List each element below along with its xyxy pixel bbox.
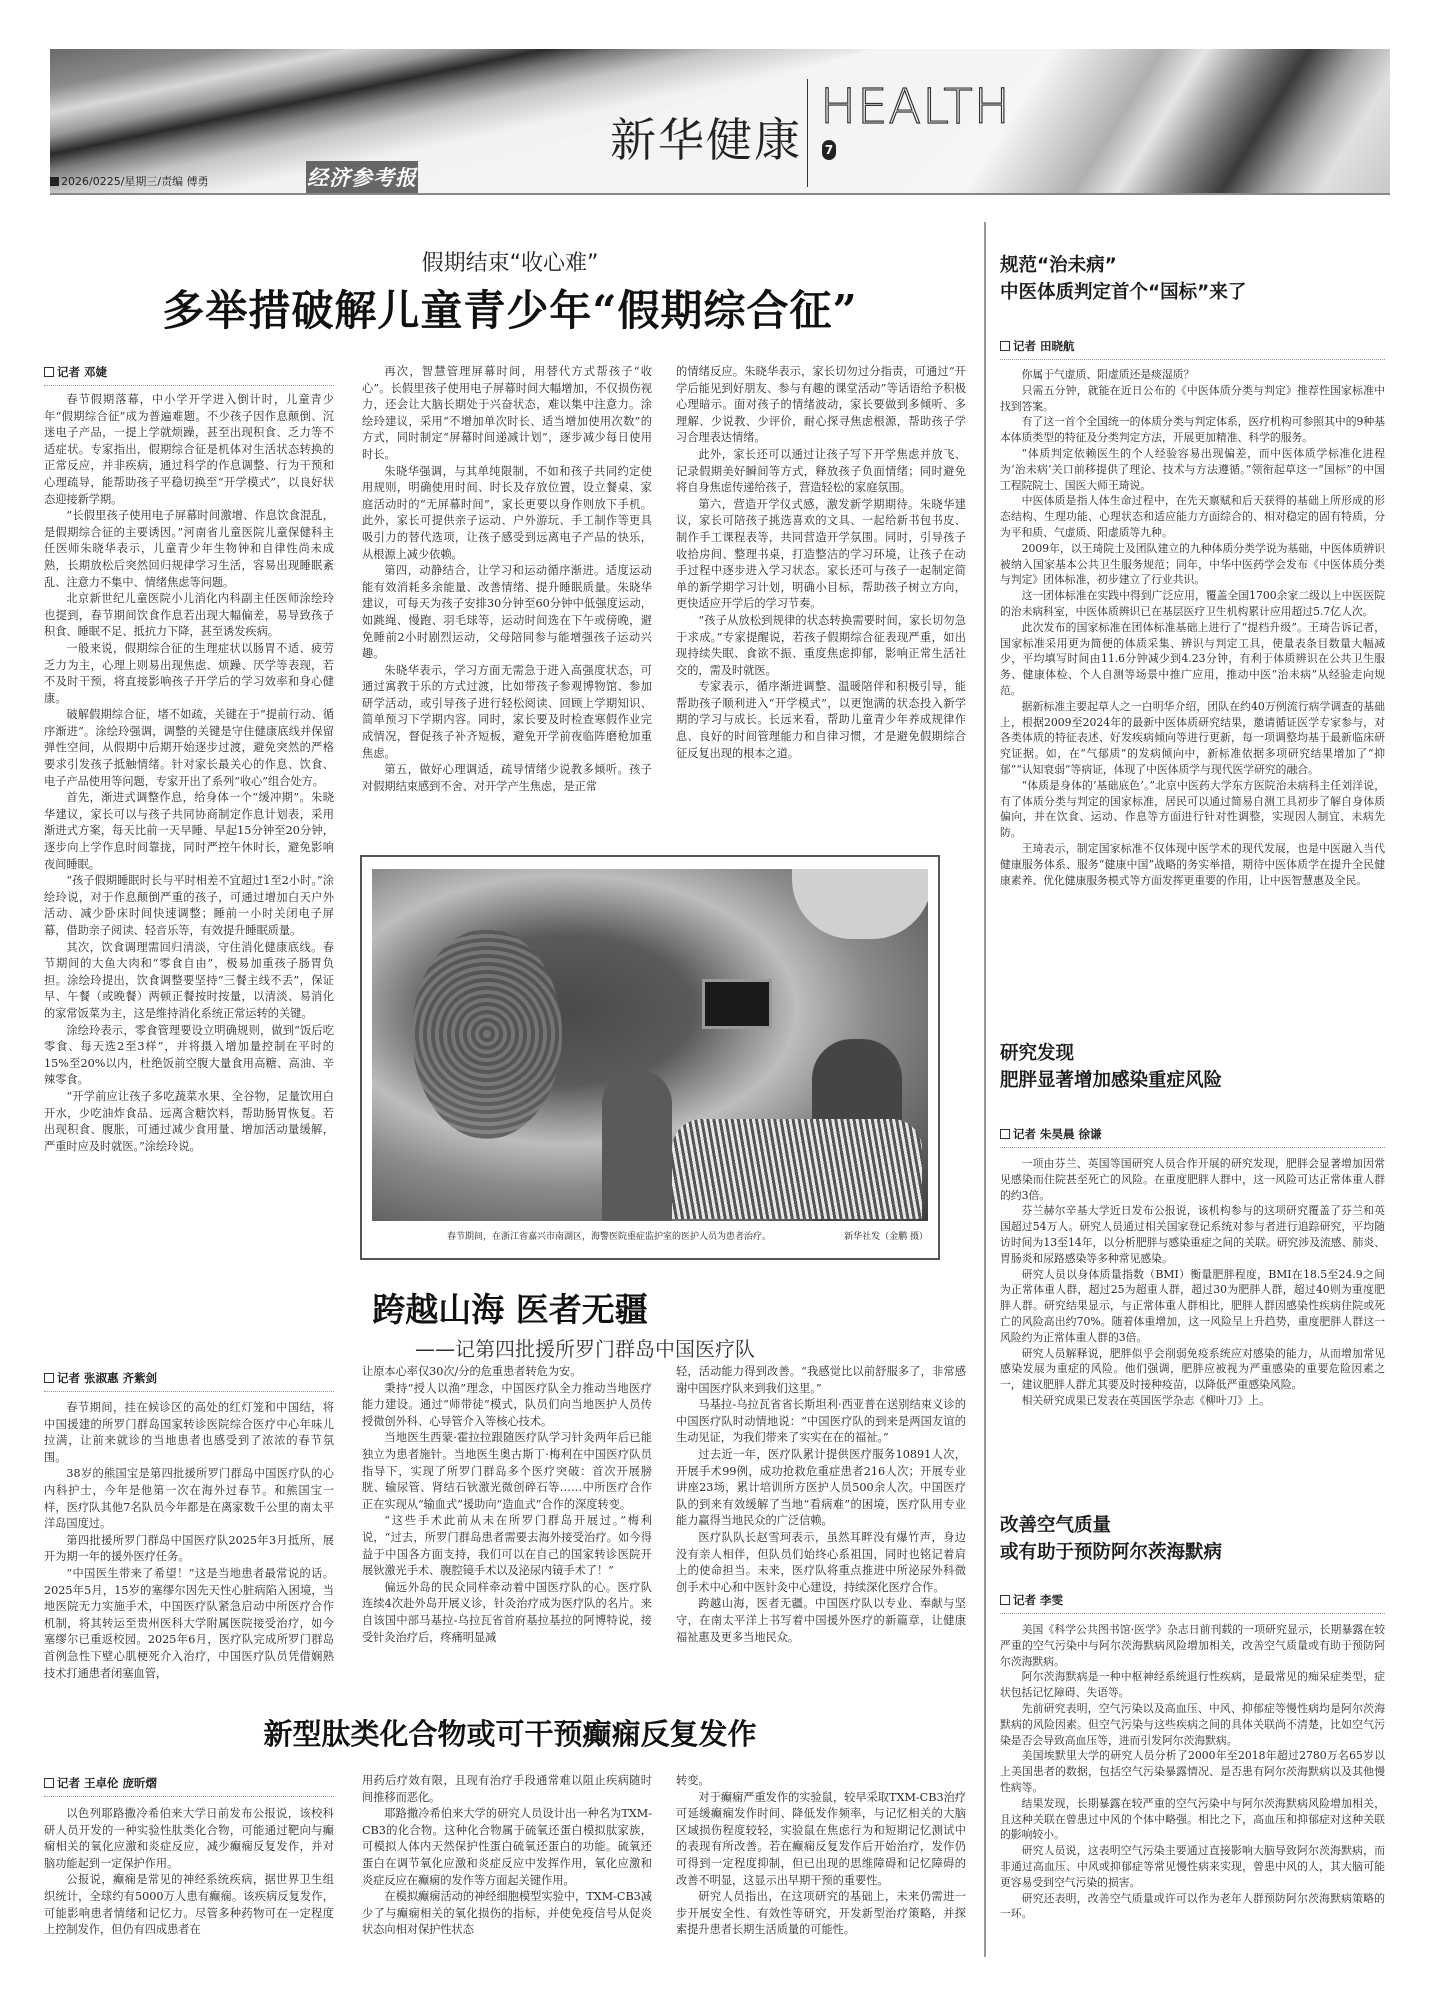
byline-text: 记者 张淑惠 齐紫剑: [57, 1371, 157, 1385]
paragraph: 以色列耶路撒冷希伯来大学日前发布公报说，该校科研人员开发的一种实验性肽类化合物，…: [44, 1806, 334, 1872]
paragraph: 先前研究表明，空气污染以及高血压、中风、抑郁症等慢性病均是阿尔茨海默病的风险因素…: [1000, 1701, 1385, 1748]
paragraph: 轻，活动能力得到改善。“我感觉比以前舒服多了，非常感谢中国医疗队来到我们这里。”: [676, 1364, 966, 1397]
paragraph: 据新标准主要起草人之一白明华介绍，团队在约40万例流行病学调查的基础上，根据20…: [1000, 699, 1385, 778]
surgical-lamp: [792, 869, 928, 939]
paragraph: 涂绘玲表示，零食管理要设立明确规则，做到“饭后吃零食、每天选2至3样”，并将摄入…: [44, 1023, 334, 1089]
paragraph: “这些手术此前从未在所罗门群岛开展过。”梅利说，“过去，所罗门群岛患者需要去海外…: [362, 1513, 652, 1579]
tcm-byline: 记者 田晓航: [1000, 338, 1385, 360]
obesity-title: 研究发现 肥胖显著增加感染重症风险: [1000, 1040, 1222, 1094]
paragraph: 让原本心率仅30次/分的危重患者转危为安。: [362, 1364, 652, 1381]
alzheimer-byline: 记者 李雯: [1000, 1592, 1385, 1614]
paragraph: 转变。: [676, 1773, 966, 1790]
paragraph: 你属于气虚质、阳虚质还是痰湿质？: [1000, 367, 1385, 383]
paragraph: 秉持“授人以渔”理念，中国医疗队全力推动当地医疗能力建设。通过“师带徒”模式，队…: [362, 1381, 652, 1431]
paragraph: 研究人员解释说，肥胖似乎会削弱免疫系统应对感染的能力，从而增加常见感染发展为重症…: [1000, 1346, 1385, 1393]
newspaper-masthead-logo: 经济参考报: [306, 161, 418, 195]
byline-box-icon: [1000, 1595, 1010, 1605]
title-line: 肥胖显著增加感染重症风险: [1000, 1067, 1222, 1094]
page-number: 7: [822, 140, 836, 160]
paragraph: 相关研究成果已发表在英国医学杂志《柳叶刀》上。: [1000, 1393, 1385, 1409]
paragraph: 王琦表示，制定国家标准不仅体现中医学术的现代发展，也是中医融入当代健康服务体系、…: [1000, 841, 1385, 888]
obesity-body: 一项由芬兰、英国等国研究人员合作开展的研究发现，肥胖会显著增加因常见感染而住院甚…: [1000, 1156, 1385, 1409]
news-photo-frame: 春节期间，在浙江省嘉兴市南湖区，海警医院重症监护室的医护人员为患者治疗。 新华社…: [360, 855, 940, 1260]
section-title-en: HEALTH: [820, 79, 1011, 135]
paragraph: 只需五分钟，就能在近日公布的《中医体质分类与判定》推荐性国家标准中找到答案。: [1000, 383, 1385, 415]
epilepsy-byline: 记者 王卓伦 庞昕熠: [44, 1775, 334, 1797]
paragraph: 春节假期落幕，中小学开学进入倒计时，儿童青少年“假期综合征”成为普遍难题。不少孩…: [44, 392, 334, 508]
paragraph: 对于癫痫严重发作的实验鼠，较早采取TXM-CB3治疗可延缓癫痫发作时间、降低发作…: [676, 1790, 966, 1890]
lead-headline: 多举措破解儿童青少年“假期综合征”: [40, 278, 980, 338]
paragraph: 结果发现，长期暴露在较严重的空气污染中与阿尔茨海默病风险增加相关，且这种关联在曾…: [1000, 1796, 1385, 1843]
medical-team-column-1: 春节期间，挂在候诊区的高处的红灯笼和中国结，将中国援建的所罗门群岛国家转诊医院综…: [44, 1400, 334, 1682]
medical-staff-figure: [602, 1069, 672, 1221]
paragraph: 第四，动静结合，让学习和运动循序渐进。适度运动能有效消耗多余能量、改善情绪、提升…: [362, 563, 652, 663]
paragraph: 第四批援所罗门群岛中国医疗队2025年3月抵所，展开为期一年的援外医疗任务。: [44, 1533, 334, 1566]
tcm-title: 规范“治未病” 中医体质判定首个“国标”来了: [1000, 252, 1246, 306]
paragraph: 中医体质是指人体生命过程中，在先天禀赋和后天获得的基础上所形成的形态结构、生理功…: [1000, 493, 1385, 540]
paragraph: 朱晓华强调，与其单纯限制，不如和孩子共同约定使用规则，明确使用时间、时长及存放位…: [362, 464, 652, 564]
epilepsy-column-2: 用药后疗效有限，且现有治疗手段通常难以阻止疾病随时间推移而恶化。 耶路撒冷希伯来…: [362, 1773, 652, 1939]
medical-team-column-3: 轻，活动能力得到改善。“我感觉比以前舒服多了，非常感谢中国医疗队来到我们这里。”…: [676, 1364, 966, 1646]
title-line: 改善空气质量: [1000, 1512, 1222, 1539]
title-line: 或有助于预防阿尔茨海默病: [1000, 1539, 1222, 1566]
paragraph: 医疗队队长赵雪珂表示，虽然耳畔没有爆竹声，身边没有亲人相伴，但队员们始终心系祖国…: [676, 1530, 966, 1596]
byline-text: 记者 李雯: [1013, 1593, 1063, 1607]
paragraph: 跨越山海，医者无疆。中国医疗队以专业、奉献与坚守，在南太平洋上书写着中国援外医疗…: [676, 1596, 966, 1646]
medical-team-byline: 记者 张淑惠 齐紫剑: [44, 1370, 334, 1392]
medical-team-subheadline: ——记第四批援所罗门群岛中国医疗队: [40, 1333, 980, 1362]
icu-monitor: [702, 979, 772, 1029]
epilepsy-headline: 新型肽类化合物或可干预癫痫反复发作: [40, 1712, 980, 1753]
paragraph: 美国《科学公共图书馆·医学》杂志日前刊载的一项研究显示，长期暴露在较严重的空气污…: [1000, 1622, 1385, 1669]
paragraph: 朱晓华表示，学习方面无需急于进入高强度状态，可通过寓教于乐的方式过渡，比如带孩子…: [362, 663, 652, 763]
alzheimer-body: 美国《科学公共图书馆·医学》杂志日前刊载的一项研究显示，长期暴露在较严重的空气污…: [1000, 1622, 1385, 1922]
paragraph: “长假里孩子使用电子屏幕时间激增、作息饮食混乱，是假期综合征的主要诱因。”河南省…: [44, 508, 334, 591]
alzheimer-title: 改善空气质量 或有助于预防阿尔茨海默病: [1000, 1512, 1222, 1566]
title-line: 规范“治未病”: [1000, 252, 1246, 279]
caption-text: 春节期间，在浙江省嘉兴市南湖区，海警医院重症监护室的医护人员为患者治疗。: [447, 1229, 771, 1242]
paragraph: “中国医生带来了希望！”这是当地患者最常说的话。2025年5月，15岁的塞缪尔因…: [44, 1566, 334, 1682]
paragraph: 耶路撒冷希伯来大学的研究人员设计出一种名为TXM-CB3的化合物。这种化合物属于…: [362, 1806, 652, 1889]
paragraph: 在模拟癫痫活动的神经细胞模型实验中，TXM-CB3减少了与癫痫相关的氧化损伤的指…: [362, 1889, 652, 1939]
title-line: 中医体质判定首个“国标”来了: [1000, 279, 1246, 306]
paragraph: “体质判定依赖医生的个人经验容易出现偏差，而中医体质学标准化进程为‘治未病’关口…: [1000, 446, 1385, 493]
dateline: 2026/0225/星期三/责编 傅勇: [50, 173, 209, 189]
square-bullet-icon: [50, 177, 59, 186]
medical-team-column-2: 让原本心率仅30次/分的危重患者转危为安。 秉持“授人以渔”理念，中国医疗队全力…: [362, 1364, 652, 1646]
paragraph: “体质是身体的‘基础底色’。”北京中医药大学东方医院治未病科主任刘洋说，有了体质…: [1000, 778, 1385, 841]
paragraph: 2009年，以王琦院士及团队建立的九种体质分类学说为基础，中医体质辨识被纳入国家…: [1000, 541, 1385, 588]
paragraph: 有了这一首个全国统一的体质分类与判定体系，医疗机构可参照其中的9种基本体质类型的…: [1000, 414, 1385, 446]
section-title-cn: 新华健康: [610, 104, 802, 170]
byline-box-icon: [1000, 1129, 1010, 1139]
banner-divider: [807, 79, 808, 187]
paragraph: 当地医生西蒙·霍拉拉跟随医疗队学习针灸两年后已能独立为患者施针。当地医生奥古斯丁…: [362, 1430, 652, 1513]
byline-box-icon: [44, 367, 54, 377]
lead-column-2: 再次，智慧管理屏幕时间，用替代方式帮孩子“收心”。长假里孩子使用电子屏幕时间大幅…: [362, 364, 652, 795]
paragraph: 研究人员以身体质量指数（BMI）衡量肥胖程度，BMI在18.5至24.9之间为正…: [1000, 1267, 1385, 1346]
paragraph: 研究还表明，改善空气质量或许可以作为老年人群预防阿尔茨海默病策略的一环。: [1000, 1891, 1385, 1923]
lead-column-3: 的情绪反应。朱晓华表示，家长切勿过分指责，可通过“开学后能见到好朋友、参与有趣的…: [676, 364, 966, 762]
lead-kicker: 假期结束“收心难”: [40, 246, 980, 277]
paragraph: 专家表示，循序渐进调整、温暖陪伴和积极引导，能帮助孩子顺利进入“开学模式”，以更…: [676, 679, 966, 762]
paragraph: 公报说，癫痫是常见的神经系统疾病，据世界卫生组织统计，全球约有5000万人患有癫…: [44, 1872, 334, 1938]
paragraph: 再次，智慧管理屏幕时间，用替代方式帮孩子“收心”。长假里孩子使用电子屏幕时间大幅…: [362, 364, 652, 464]
round-seal-overlay: [412, 929, 562, 1139]
paragraph: 一项由芬兰、英国等国研究人员合作开展的研究发现，肥胖会显著增加因常见感染而住院甚…: [1000, 1156, 1385, 1203]
tcm-body: 你属于气虚质、阳虚质还是痰湿质？ 只需五分钟，就能在近日公布的《中医体质分类与判…: [1000, 367, 1385, 888]
byline-text: 记者 邓婕: [57, 365, 107, 379]
byline-text: 记者 朱昊晨 徐谦: [1013, 1127, 1102, 1141]
byline-box-icon: [44, 1778, 54, 1788]
paragraph: 偏远外岛的民众同样牵动着中国医疗队的心。医疗队连续4次赴外岛开展义诊，针灸治疗成…: [362, 1580, 652, 1646]
icu-treatment-photo: [372, 869, 928, 1221]
photo-credit: 新华社发（金鹏 摄）: [844, 1229, 928, 1242]
obesity-byline: 记者 朱昊晨 徐谦: [1000, 1126, 1385, 1148]
paragraph: 一般来说，假期综合征的生理症状以肠胃不适、疲劳乏力为主，心理上则易出现焦虑、烦躁…: [44, 641, 334, 707]
paragraph: 此外，家长还可以通过让孩子写下开学焦虑并放飞、记录假期美好瞬间等方式，释放孩子负…: [676, 447, 966, 497]
column-divider: [984, 222, 986, 1957]
paragraph: 此次发布的国家标准在团体标准基础上进行了“提档升级”。王琦告诉记者，国家标准采用…: [1000, 620, 1385, 699]
paragraph: 北京新世纪儿童医院小儿消化内科副主任医师涂绘玲也提到，春节期间饮食作息若出现大幅…: [44, 591, 334, 641]
medical-team-headline: 跨越山海 医者无疆: [40, 1284, 980, 1331]
epilepsy-column-3: 转变。 对于癫痫严重发作的实验鼠，较早采取TXM-CB3治疗可延缓癫痫发作时间、…: [676, 1773, 966, 1939]
paragraph: 破解假期综合征，堵不如疏，关键在于“提前行动、循序渐进”。涂绘玲强调，调整的关键…: [44, 707, 334, 790]
dateline-text: 2026/0225/星期三/责编 傅勇: [61, 175, 209, 188]
paragraph: 马基拉-乌拉瓦省省长斯坦利·西亚普在送别结束义诊的中国医疗队时动情地说：“中国医…: [676, 1397, 966, 1447]
paragraph: 第六，营造开学仪式感，激发新学期期待。朱晓华建议，家长可陪孩子挑选喜欢的文具、一…: [676, 497, 966, 613]
paragraph: 芬兰赫尔辛基大学近日发布公报说，该机构参与的这项研究覆盖了芬兰和英国超过54万人…: [1000, 1203, 1385, 1266]
lead-column-1: 春节假期落幕，中小学开学进入倒计时，儿童青少年“假期综合征”成为普遍难题。不少孩…: [44, 392, 334, 1155]
paragraph: 38岁的熊国宝是第四批援所罗门群岛中国医疗队的心内科护士，今年是他第一次在海外过…: [44, 1466, 334, 1532]
byline-text: 记者 王卓伦 庞昕熠: [57, 1776, 157, 1790]
patient-bed: [672, 1119, 922, 1219]
page-banner: 新华健康 HEALTH 7 2026/0225/星期三/责编 傅勇 经济参考报: [50, 49, 1390, 195]
byline-text: 记者 田晓航: [1013, 339, 1075, 353]
lead-byline: 记者 邓婕: [44, 364, 334, 386]
title-line: 研究发现: [1000, 1040, 1222, 1067]
paragraph: 过去近一年，医疗队累计提供医疗服务10891人次，开展手术99例，成功抢救危重症…: [676, 1447, 966, 1530]
paragraph: 首先，渐进式调整作息，给身体一个“缓冲期”。朱晓华建议，家长可以与孩子共同协商制…: [44, 790, 334, 873]
paragraph: 第五，做好心理调适，疏导情绪少说教多倾听。孩子对假期结束感到不舍、对开学产生焦虑…: [362, 762, 652, 795]
paragraph: “孩子假期睡眠时长与平时相差不宜超过1至2小时。”涂绘玲说，对于作息颠倒严重的孩…: [44, 873, 334, 939]
paragraph: 其次，饮食调理需回归清淡，守住消化健康底线。春节期间的大鱼大肉和“零食自由”，极…: [44, 940, 334, 1023]
paragraph: 研究人员说，这表明空气污染主要通过直接影响大脑导致阿尔茨海默病，而非通过高血压、…: [1000, 1843, 1385, 1890]
paragraph: 用药后疗效有限，且现有治疗手段通常难以阻止疾病随时间推移而恶化。: [362, 1773, 652, 1806]
byline-box-icon: [1000, 341, 1010, 351]
paragraph: 美国埃默里大学的研究人员分析了2000年至2018年超过2780万名65岁以上美…: [1000, 1748, 1385, 1795]
paragraph: 的情绪反应。朱晓华表示，家长切勿过分指责，可通过“开学后能见到好朋友、参与有趣的…: [676, 364, 966, 447]
paragraph: “孩子从放松到规律的状态转换需要时间，家长切勿急于求成。”专家提醒说，若孩子假期…: [676, 613, 966, 679]
paragraph: 阿尔茨海默病是一种中枢神经系统退行性疾病，是最常见的痴呆症类型，症状包括记忆障碍…: [1000, 1669, 1385, 1701]
paragraph: 春节期间，挂在候诊区的高处的红灯笼和中国结，将中国援建的所罗门群岛国家转诊医院综…: [44, 1400, 334, 1466]
byline-box-icon: [44, 1373, 54, 1383]
paragraph: 研究人员指出，在这项研究的基础上，未来仍需进一步开展安全性、有效性等研究，开发新…: [676, 1889, 966, 1939]
paragraph: 这一团体标准在实践中得到广泛应用，覆盖全国1700余家二级以上中医医院的治未病科…: [1000, 588, 1385, 620]
paragraph: “开学前应让孩子多吃蔬菜水果、全谷物，足量饮用白开水，少吃油炸食品、远离含糖饮料…: [44, 1089, 334, 1155]
epilepsy-column-1: 以色列耶路撒冷希伯来大学日前发布公报说，该校科研人员开发的一种实验性肽类化合物，…: [44, 1806, 334, 1939]
